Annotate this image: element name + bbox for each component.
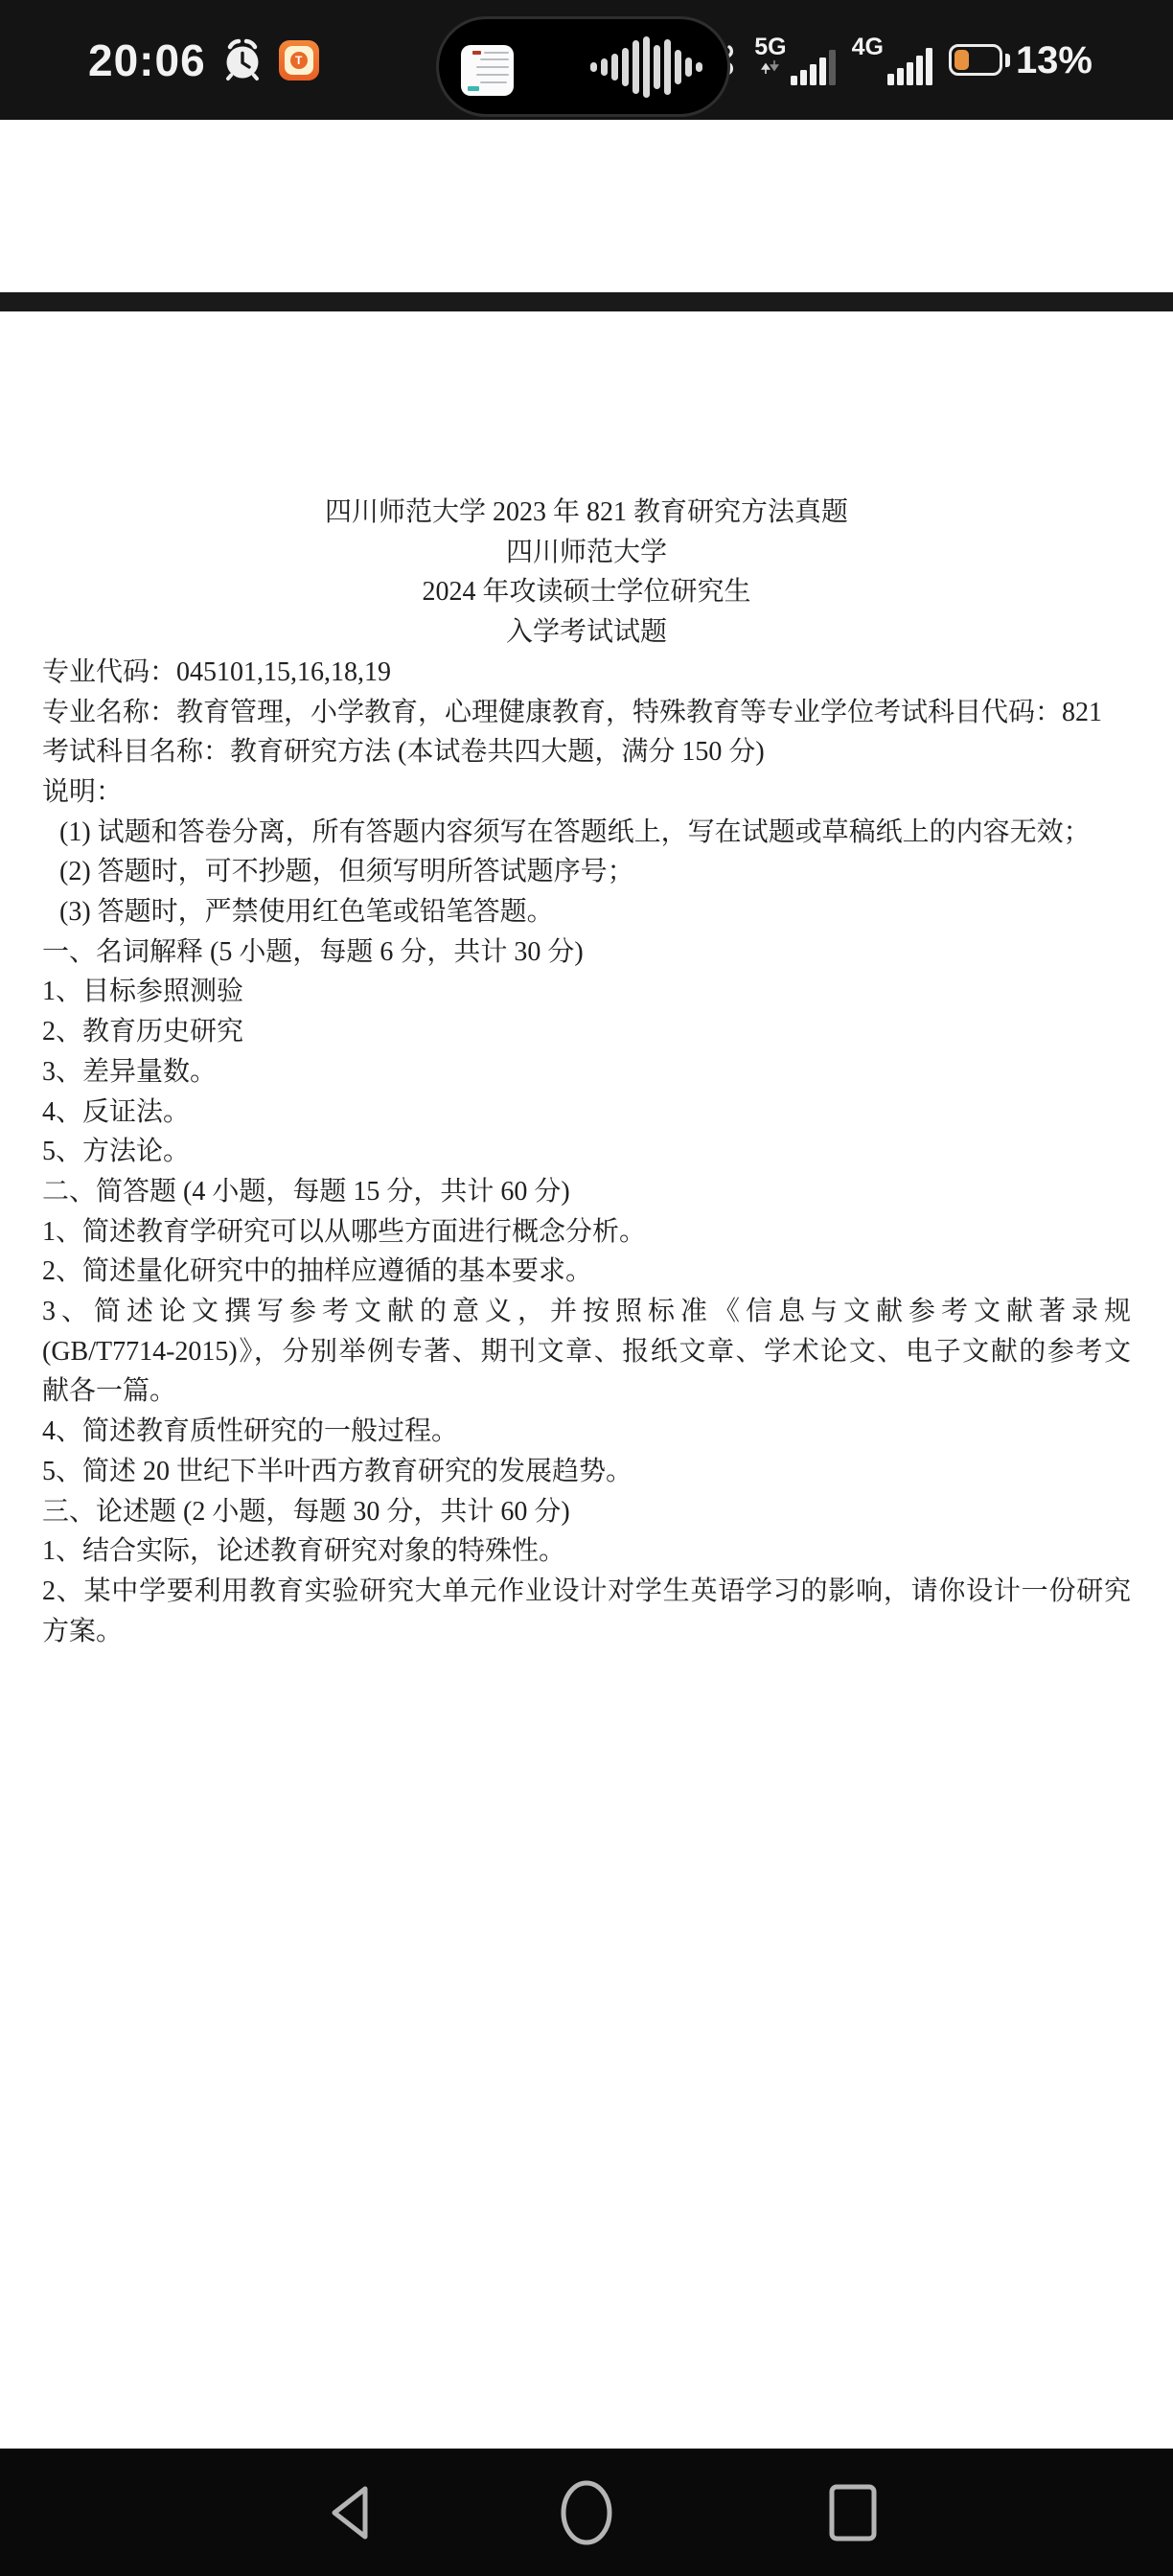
doc-line: 方案。 <box>42 1612 1131 1652</box>
doc-line: 说明： <box>42 772 1131 813</box>
doc-line: 5、方法论。 <box>42 1132 1131 1172</box>
doc-line: 二、简答题 (4 小题，每题 15 分，共计 60 分) <box>42 1172 1131 1212</box>
doc-line: 四川师范大学 <box>42 533 1131 573</box>
clock-time: 20:06 <box>88 38 206 82</box>
doc-line: 3、简述论文撰写参考文献的意义，并按照标准《信息与文献参考文献著录规 <box>42 1292 1131 1332</box>
doc-line: 5、简述 20 世纪下半叶西方教育研究的发展趋势。 <box>42 1452 1131 1492</box>
screenshot-thumbnail[interactable] <box>461 45 514 96</box>
doc-line: (GB/T7714-2015)》，分别举例专著、期刊文章、报纸文章、学术论文、电… <box>42 1332 1131 1372</box>
recents-square-icon <box>827 2482 879 2543</box>
battery-fill-level <box>954 50 969 70</box>
doc-line: 专业名称：教育管理，小学教育，心理健康教育，特殊教育等专业学位考试科目代码：82… <box>42 693 1131 733</box>
thumb-teal-mark <box>468 86 479 91</box>
doc-line: (2) 答题时，可不抄题，但须写明所答试题序号； <box>42 852 1131 892</box>
network-type-5g: 5G <box>754 35 786 59</box>
doc-line: 4、反证法。 <box>42 1092 1131 1133</box>
doc-line: 入学考试试题 <box>42 612 1131 653</box>
data-activity-arrows-icon <box>760 59 781 75</box>
status-right-group: 5G 4G 13% <box>692 35 1092 85</box>
battery-indicator: 13% <box>949 41 1092 80</box>
doc-line: (3) 答题时，严禁使用红色笔或铅笔答题。 <box>42 892 1131 932</box>
doc-line: 3、差异量数。 <box>42 1052 1131 1092</box>
doc-line: 专业代码：045101,15,16,18,19 <box>42 653 1131 693</box>
notification-app-icon: T <box>279 40 319 80</box>
doc-line: 一、名词解释 (5 小题，每题 6 分，共计 30 分) <box>42 932 1131 973</box>
phone-screen: 20:06 T <box>0 0 1173 2576</box>
doc-line: 4、简述教育质性研究的一般过程。 <box>42 1412 1131 1452</box>
doc-line: 1、简述教育学研究可以从哪些方面进行概念分析。 <box>42 1212 1131 1253</box>
recents-button[interactable] <box>827 2482 879 2543</box>
signal-sim1: 5G <box>754 35 835 85</box>
home-circle-icon <box>557 2478 616 2547</box>
thumb-red-mark <box>472 51 481 55</box>
doc-line: 献各一篇。 <box>42 1371 1131 1412</box>
camera-capsule[interactable] <box>436 16 730 117</box>
status-bar: 20:06 T <box>0 0 1173 120</box>
signal-bars-4g <box>887 41 932 85</box>
alarm-clock-icon <box>220 38 264 82</box>
doc-line: 1、目标参照测验 <box>42 972 1131 1012</box>
app-icon-letter: T <box>290 52 308 69</box>
battery-cap <box>1005 54 1010 67</box>
doc-line: 2、简述量化研究中的抽样应遵循的基本要求。 <box>42 1252 1131 1292</box>
signal-bars-5g <box>791 41 836 85</box>
doc-line: 考试科目名称：教育研究方法 (本试卷共四大题，满分 150 分) <box>42 732 1131 772</box>
signal-sim2: 4G <box>852 35 932 85</box>
doc-line: 三、论述题 (2 小题，每题 30 分，共计 60 分) <box>42 1492 1131 1532</box>
navigation-bar <box>0 2449 1173 2576</box>
voice-waveform-icon <box>590 19 702 114</box>
doc-line: 2、某中学要利用教育实验研究大单元作业设计对学生英语学习的影响，请你设计一份研究 <box>42 1572 1131 1612</box>
back-triangle-icon <box>322 2482 378 2543</box>
document-page[interactable]: 四川师范大学 2023 年 821 教育研究方法真题四川师范大学2024 年攻读… <box>42 493 1131 1651</box>
doc-line: (1) 试题和答卷分离，所有答题内容须写在答题纸上，写在试题或草稿纸上的内容无效… <box>42 813 1131 853</box>
document-lines: 四川师范大学 2023 年 821 教育研究方法真题四川师范大学2024 年攻读… <box>42 493 1131 1651</box>
doc-line: 2、教育历史研究 <box>42 1012 1131 1052</box>
back-button[interactable] <box>322 2482 378 2543</box>
battery-icon <box>949 44 1002 76</box>
doc-line: 1、结合实际，论述教育研究对象的特殊性。 <box>42 1531 1131 1572</box>
battery-percent: 13% <box>1016 41 1092 80</box>
home-button[interactable] <box>557 2478 616 2547</box>
page-separator <box>0 292 1173 311</box>
doc-line: 2024 年攻读硕士学位研究生 <box>42 572 1131 612</box>
doc-line: 四川师范大学 2023 年 821 教育研究方法真题 <box>42 493 1131 533</box>
status-left-group: 20:06 T <box>88 38 319 82</box>
network-type-4g: 4G <box>852 35 884 59</box>
